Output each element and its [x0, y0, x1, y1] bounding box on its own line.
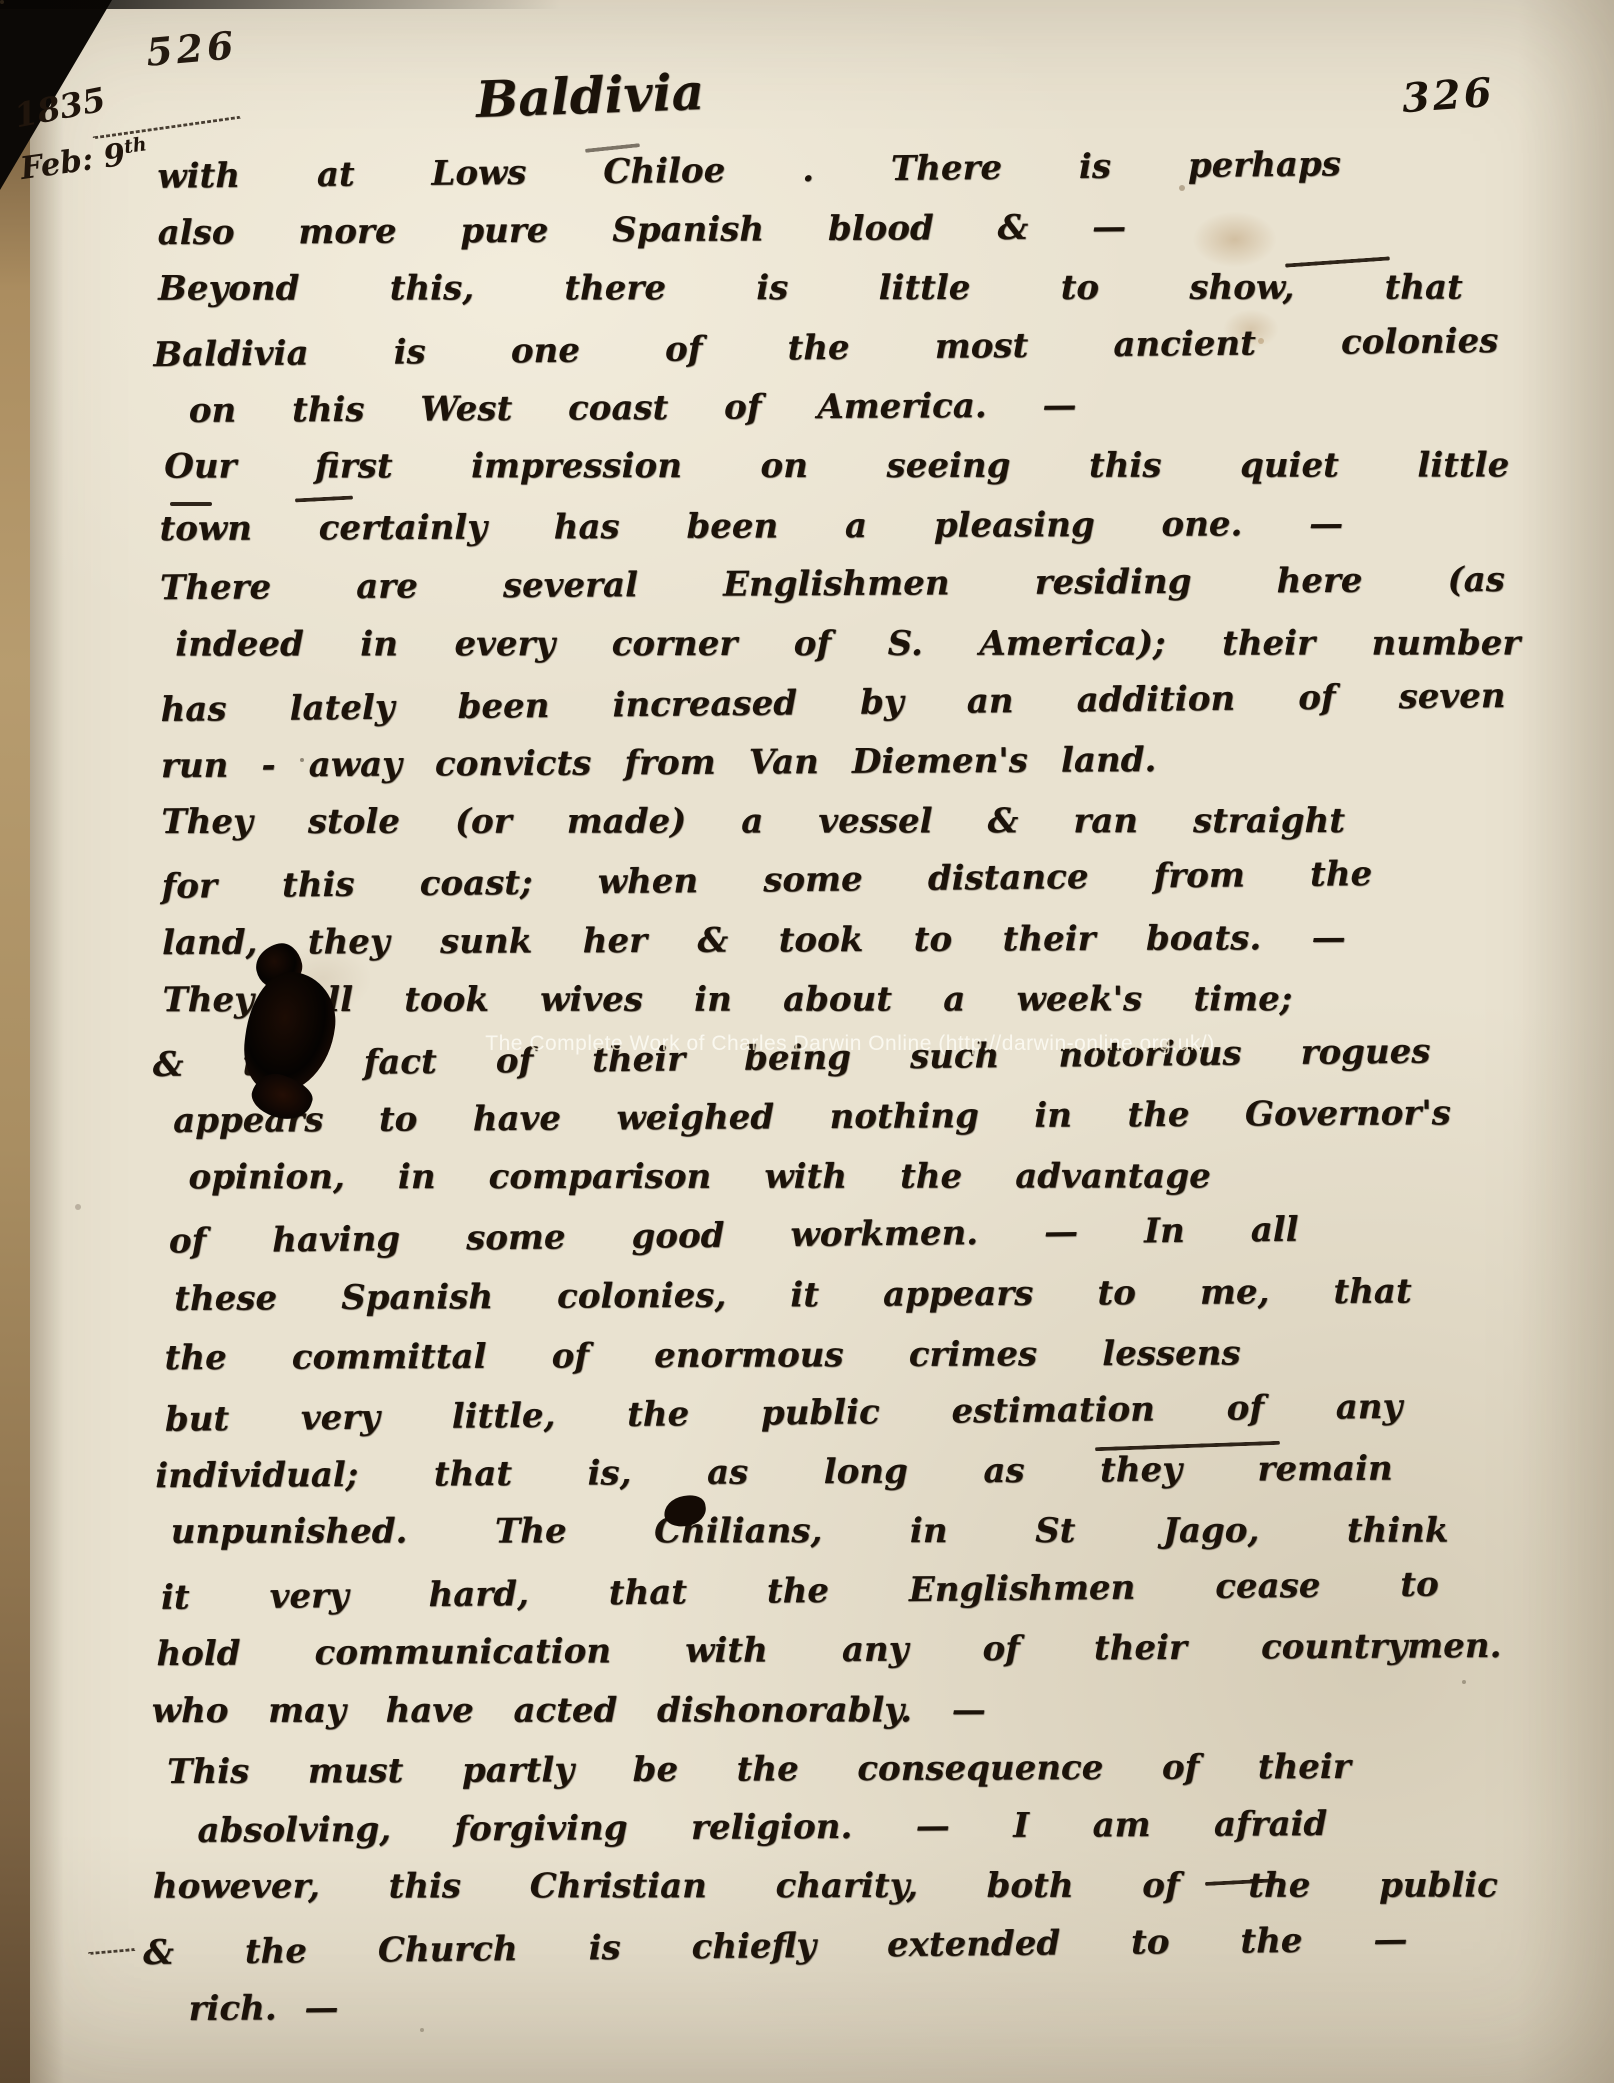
manuscript-line: indeed in every corner of S. America); t… [175, 623, 1520, 683]
manuscript-line: This must partly be the consequence of t… [167, 1747, 1351, 1811]
manuscript-line: with at Lows Chiloe . There is perhaps [157, 144, 1341, 216]
ink-stroke [93, 116, 242, 140]
manuscript-line: on this West coast of America. — [189, 385, 1077, 450]
manuscript-line: There are several Englishmen residing he… [160, 560, 1505, 627]
watermark-text: The Complete Work of Charles Darwin Onli… [360, 1032, 1340, 1056]
ink-stroke [88, 1948, 136, 1955]
manuscript-line: hold communication with any of their cou… [156, 1626, 1501, 1693]
manuscript-line: They stole (or made) a vessel & ran stra… [161, 801, 1345, 861]
manuscript-line: run - away convicts from Van Diemen's la… [161, 740, 1157, 805]
manuscript-line: has lately been increased by an addition… [160, 676, 1506, 749]
gutter-shadow [30, 0, 64, 2083]
folio-number: 326 [1400, 69, 1496, 122]
manuscript-line: for this coast; when some distance from … [161, 854, 1372, 926]
page-title: Baldivia [419, 60, 761, 131]
manuscript-line: Baldivia is one of the most ancient colo… [153, 321, 1499, 394]
manuscript-line: but very little, the public estimation o… [165, 1387, 1403, 1459]
manuscript-line: absolving, forgiving religion. — I am af… [197, 1804, 1327, 1870]
manuscript-line: rich. — [188, 1986, 592, 2048]
manuscript-line: the committal of enormous crimes lessens [165, 1333, 1241, 1397]
top-edge-shadow [0, 0, 560, 9]
manuscript-page: 526 Baldivia 326 1835 Feb: 9th with at L… [0, 0, 1614, 2083]
manuscript-line: Our first impression on seeing this quie… [164, 445, 1509, 505]
manuscript-text: with at Lows Chiloe . There is perhapsal… [157, 146, 1514, 2048]
manuscript-line: also more pure Spanish blood & — [158, 207, 1127, 272]
manuscript-line: who may have acted dishonorably. — [152, 1690, 986, 1750]
manuscript-line: these Spanish colonies, it appears to me… [174, 1271, 1412, 1338]
book-gutter [0, 0, 30, 2083]
manuscript-line: Beyond this, there is little to show, th… [158, 268, 1463, 328]
manuscript-line: of having some good workmen. — In all [169, 1210, 1299, 1281]
manuscript-line: opinion, in comparison with the advantag… [189, 1157, 1211, 1217]
manuscript-line: individual; that is, as long as they rem… [155, 1449, 1393, 1516]
manuscript-line: land, they sunk her & took to their boat… [162, 918, 1346, 982]
manuscript-line: & the Church is chiefly extended to the … [143, 1919, 1408, 1991]
manuscript-line: unpunished. The Chilians, in St Jago, th… [171, 1511, 1449, 1571]
margin-day-suffix: th [123, 133, 148, 158]
paper-specks [0, 0, 4, 4]
manuscript-line: town certainly has been a pleasing one. … [159, 504, 1343, 568]
pencil-page-number: 526 [144, 22, 239, 75]
manuscript-line: however, this Christian charity, both of… [153, 1866, 1498, 1926]
manuscript-line: it very hard, that the Englishmen cease … [161, 1564, 1439, 1637]
ink-stroke [170, 502, 212, 506]
manuscript-line: appears to have weighed nothing in the G… [173, 1093, 1451, 1160]
